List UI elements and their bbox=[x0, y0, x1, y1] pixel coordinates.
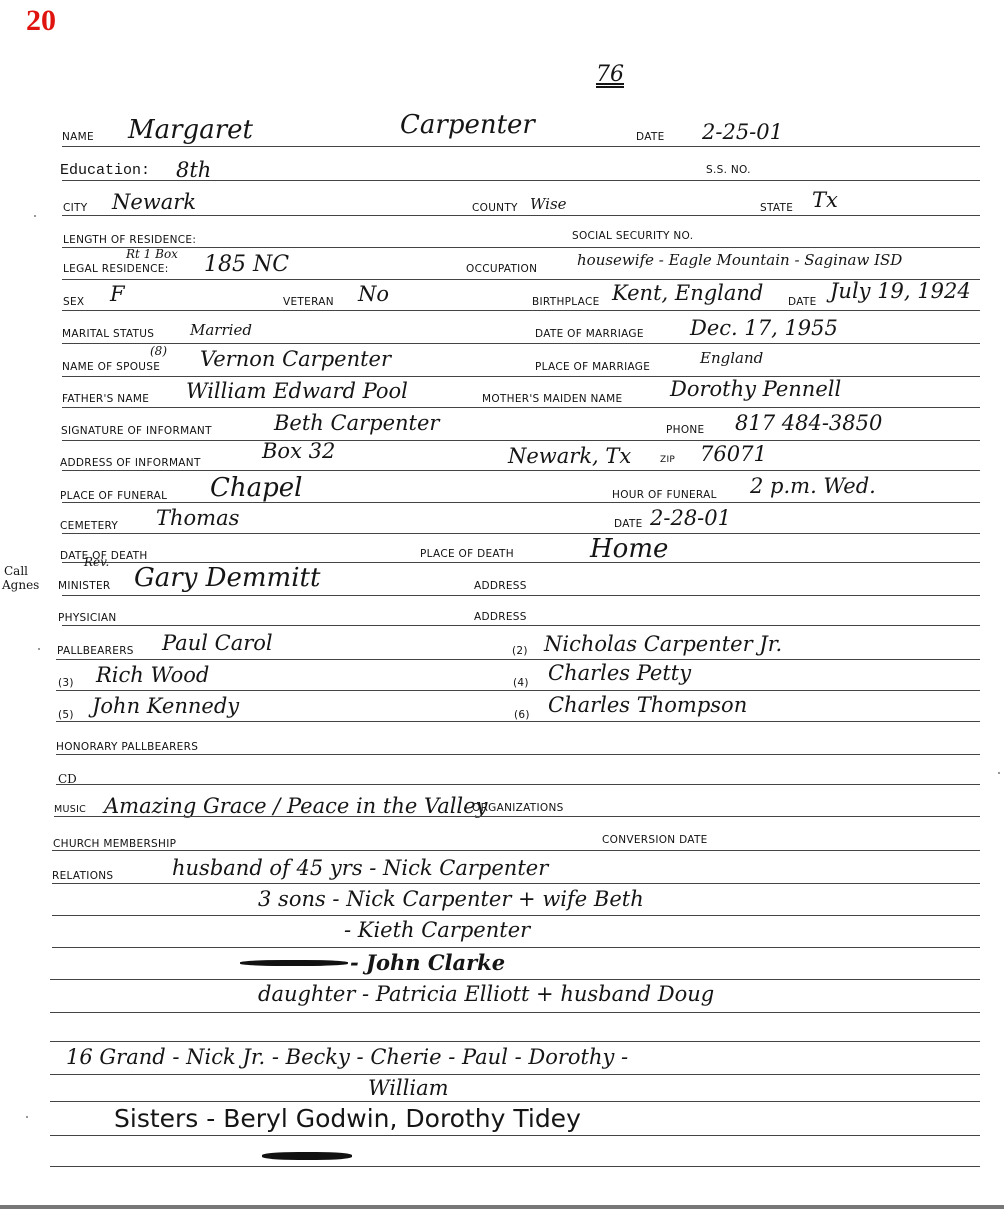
record-number: 76 bbox=[596, 64, 624, 86]
marital-rule bbox=[62, 343, 980, 344]
city-label: CITY bbox=[63, 202, 87, 214]
page-bottom-edge bbox=[0, 1205, 1004, 1209]
veteran-value: No bbox=[358, 284, 389, 305]
name-last: Carpenter bbox=[400, 112, 535, 138]
legal-residence-value: 185 NC bbox=[204, 254, 289, 276]
pallbearer-3-num: (3) bbox=[58, 677, 74, 689]
state-value: Tx bbox=[812, 190, 838, 211]
cemetery-label: CEMETERY bbox=[60, 520, 118, 532]
spouse-note: (8) bbox=[150, 345, 167, 357]
education-rule bbox=[62, 180, 980, 181]
fathers-name-value: William Edward Pool bbox=[186, 381, 408, 402]
fathers-name-label: FATHER'S NAME bbox=[62, 393, 149, 405]
pallbearer-5: John Kennedy bbox=[92, 696, 239, 717]
cemetery-value: Thomas bbox=[156, 508, 239, 529]
speck bbox=[26, 1116, 28, 1118]
date-of-marriage-label: DATE OF MARRIAGE bbox=[535, 328, 644, 340]
speck bbox=[998, 772, 1000, 774]
legal-residence-value-top: Rt 1 Box bbox=[126, 248, 178, 260]
mothers-maiden-name-value: Dorothy Pennell bbox=[670, 379, 841, 400]
church-membership-label: CHURCH MEMBERSHIP bbox=[53, 838, 176, 850]
mothers-maiden-name-label: MOTHER'S MAIDEN NAME bbox=[482, 393, 622, 405]
music-label: MUSIC bbox=[54, 804, 86, 815]
minister-label: MINISTER bbox=[58, 580, 111, 592]
sex-rule bbox=[62, 310, 980, 311]
minister-value: Gary Demmitt bbox=[134, 565, 320, 591]
minister-address-label: ADDRESS bbox=[474, 580, 527, 592]
pallbearer-3: Rich Wood bbox=[96, 665, 209, 686]
date-label: DATE bbox=[636, 131, 665, 143]
music-value: Amazing Grace / Peace in the Valley bbox=[104, 796, 487, 817]
marital-status-label: MARITAL STATUS bbox=[62, 328, 154, 340]
place-of-funeral-value: Chapel bbox=[210, 475, 303, 501]
relations-rule-4 bbox=[50, 979, 980, 980]
relations-rule-3 bbox=[52, 947, 980, 948]
county-label: COUNTY bbox=[472, 202, 518, 214]
funeral-date-label: DATE bbox=[614, 518, 643, 530]
music-note: CD bbox=[58, 773, 77, 785]
relations-rule-6 bbox=[50, 1041, 980, 1042]
birthplace-label: BIRTHPLACE bbox=[532, 296, 600, 308]
relations-line-3: - Kieth Carpenter bbox=[344, 920, 530, 941]
ss-no-label: S.S. NO. bbox=[706, 164, 751, 176]
pallbearer-4-num: (4) bbox=[513, 677, 529, 689]
occupation-label: OCCUPATION bbox=[466, 263, 537, 275]
name-of-spouse-label: NAME OF SPOUSE bbox=[62, 361, 160, 373]
church-rule bbox=[52, 850, 980, 851]
sex-value: F bbox=[110, 284, 125, 305]
organizations-label: ORGANIZATIONS bbox=[472, 802, 564, 814]
name-of-spouse-value: Vernon Carpenter bbox=[200, 349, 391, 370]
margin-note-line1: Call bbox=[4, 565, 28, 577]
relations-label: RELATIONS bbox=[52, 870, 113, 882]
place-of-death-value: Home bbox=[590, 536, 668, 562]
pallbearer-rule-1 bbox=[56, 659, 980, 660]
relations-rule-1 bbox=[52, 883, 980, 884]
pallbearer-5-num: (5) bbox=[58, 709, 74, 721]
page-number: 20 bbox=[26, 4, 56, 38]
funeral-date-value: 2-28-01 bbox=[650, 508, 731, 529]
pallbearer-2: Nicholas Carpenter Jr. bbox=[544, 634, 782, 655]
birth-date-value: July 19, 1924 bbox=[830, 281, 971, 302]
name-rule bbox=[62, 146, 980, 147]
pallbearer-rule-3 bbox=[56, 721, 980, 722]
relations-rule-7 bbox=[50, 1074, 980, 1075]
marital-status-value: Married bbox=[190, 323, 252, 338]
relations-rule-10 bbox=[50, 1166, 980, 1167]
relations-line-5: daughter - Patricia Elliott + husband Do… bbox=[258, 984, 714, 1005]
length-of-residence-label: LENGTH OF RESIDENCE: bbox=[63, 234, 196, 246]
scribble-mark bbox=[240, 960, 348, 966]
speck bbox=[34, 215, 36, 217]
pallbearer-6: Charles Thompson bbox=[548, 695, 747, 716]
date-value: 2-25-01 bbox=[702, 122, 783, 143]
pallbearer-4: Charles Petty bbox=[548, 663, 691, 684]
veteran-label: VETERAN bbox=[283, 296, 334, 308]
county-value: Wise bbox=[530, 197, 567, 212]
hour-of-funeral-value: 2 p.m. Wed. bbox=[750, 476, 876, 497]
cemetery-rule bbox=[62, 533, 980, 534]
address-of-informant-value: Box 32 bbox=[262, 441, 335, 462]
pallbearers-label: PALLBEARERS bbox=[57, 645, 134, 657]
birthplace-value: Kent, England bbox=[612, 283, 763, 304]
hour-of-funeral-label: HOUR OF FUNERAL bbox=[612, 489, 717, 501]
city-rule bbox=[62, 215, 980, 216]
social-security-no-label: SOCIAL SECURITY NO. bbox=[572, 230, 693, 242]
relations-line-9: Sisters - Beryl Godwin, Dorothy Tidey bbox=[114, 1106, 581, 1131]
zip-label: ZIP bbox=[660, 455, 675, 465]
city-value: Newark bbox=[112, 192, 196, 213]
name-first: Margaret bbox=[128, 117, 253, 143]
phone-value: 817 484-3850 bbox=[735, 413, 882, 434]
length-rule bbox=[62, 247, 980, 248]
pallbearer-1: Paul Carol bbox=[162, 633, 273, 654]
physician-address-label: ADDRESS bbox=[474, 611, 527, 623]
place-of-death-label: PLACE OF DEATH bbox=[420, 548, 514, 560]
honorary-rule-1 bbox=[56, 754, 980, 755]
funeral-rule bbox=[62, 502, 980, 503]
state-label: STATE bbox=[760, 202, 793, 214]
name-label: NAME bbox=[62, 131, 94, 143]
relations-line-1: husband of 45 yrs - Nick Carpenter bbox=[172, 858, 548, 879]
address-of-informant-city: Newark, Tx bbox=[508, 446, 631, 467]
margin-note-line2: Agnes bbox=[2, 579, 39, 591]
relations-line-2: 3 sons - Nick Carpenter + wife Beth bbox=[258, 889, 644, 910]
education-label: Education: bbox=[60, 162, 150, 179]
education-value: 8th bbox=[176, 160, 211, 181]
music-rule bbox=[54, 816, 980, 817]
signature-rule bbox=[62, 440, 980, 441]
minister-prefix: Rev. bbox=[84, 556, 109, 568]
zip-value: 76071 bbox=[700, 444, 767, 465]
place-of-funeral-label: PLACE OF FUNERAL bbox=[60, 490, 167, 502]
sex-label: SEX bbox=[63, 296, 84, 308]
physician-rule bbox=[62, 625, 980, 626]
signature-of-informant-label: SIGNATURE OF INFORMANT bbox=[61, 425, 212, 437]
phone-label: PHONE bbox=[666, 424, 704, 436]
minister-rule bbox=[62, 595, 980, 596]
honorary-pallbearers-label: HONORARY PALLBEARERS bbox=[56, 741, 198, 753]
relations-line-8: William bbox=[368, 1078, 449, 1099]
birth-date-label: DATE bbox=[788, 296, 817, 308]
honorary-rule-2 bbox=[56, 784, 980, 785]
spouse-rule bbox=[62, 376, 980, 377]
pallbearer-6-num: (6) bbox=[514, 709, 530, 721]
signature-of-informant-value: Beth Carpenter bbox=[274, 413, 439, 434]
pallbearer-2-num: (2) bbox=[512, 645, 528, 657]
father-rule bbox=[62, 407, 980, 408]
place-of-marriage-value: England bbox=[700, 351, 763, 366]
conversion-date-label: CONVERSION DATE bbox=[602, 834, 708, 846]
legal-residence-label: LEGAL RESIDENCE: bbox=[63, 263, 169, 275]
relations-rule-8 bbox=[50, 1101, 980, 1102]
relations-rule-5 bbox=[50, 1012, 980, 1013]
physician-label: PHYSICIAN bbox=[58, 612, 117, 624]
occupation-value: housewife - Eagle Mountain - Saginaw ISD bbox=[577, 253, 902, 268]
date-of-marriage-value: Dec. 17, 1955 bbox=[690, 318, 838, 339]
address-rule bbox=[62, 470, 980, 471]
speck bbox=[38, 648, 40, 650]
relations-rule-2 bbox=[52, 915, 980, 916]
address-of-informant-label: ADDRESS OF INFORMANT bbox=[60, 457, 201, 469]
ink-blot bbox=[262, 1152, 352, 1160]
pallbearer-rule-2 bbox=[56, 690, 980, 691]
place-of-marriage-label: PLACE OF MARRIAGE bbox=[535, 361, 650, 373]
relations-line-4: - John Clarke bbox=[350, 952, 505, 973]
relations-line-7: 16 Grand - Nick Jr. - Becky - Cherie - P… bbox=[66, 1047, 628, 1068]
relations-rule-9 bbox=[50, 1135, 980, 1136]
